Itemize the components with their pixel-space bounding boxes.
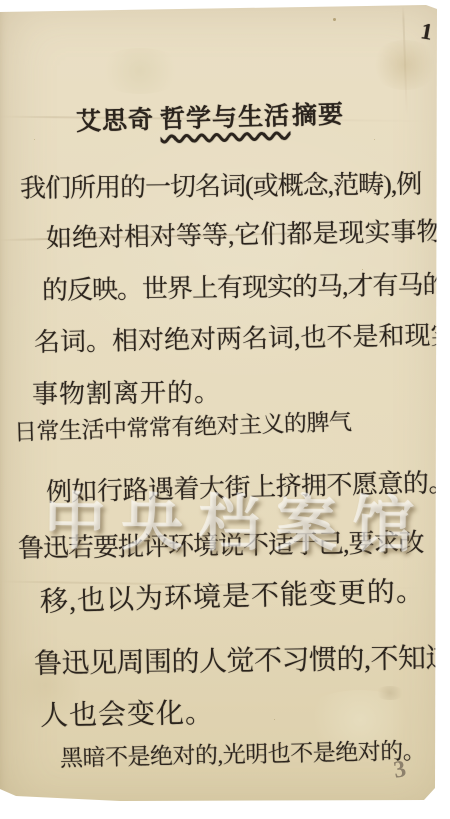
title-suffix: 摘要 [292,102,345,130]
archive-watermark: 中央档案馆 [44,472,450,565]
handwritten-line-1: 我们所用的一切名词(或概念,范畴),例 [20,164,422,205]
paper-stain [370,40,440,90]
paper-stain [95,48,185,94]
handwritten-line-2: 如绝对相对等等,它们都是现实事物 [46,211,443,255]
paper-speck [333,18,336,21]
handwritten-line-3: 的反映。世界上有现实的马,才有马的 [42,264,448,307]
title-book-name-underlined: 哲学与生活 [160,103,291,134]
handwritten-line-11: 人也会变化。 [40,691,215,734]
paper-stain [375,686,405,700]
handwritten-line-4: 名词。相对绝对两名词,也不是和现实 [34,315,450,359]
manuscript-paper: 1 艾思奇哲学与生活摘要 我们所用的一切名词(或概念,范畴),例 如绝对相对等等… [0,0,450,819]
page-number: 1 [419,18,435,46]
handwritten-line-12: 黑暗不是绝对的,光明也不是绝对的。 [60,732,426,773]
handwritten-line-9: 移,也以为环境是不能变更的。 [39,569,425,620]
document-title: 艾思奇哲学与生活摘要 [75,95,344,138]
title-author: 艾思奇 [76,107,155,136]
handwritten-line-5: 事物割离开的。 [32,372,221,411]
handwritten-line-10: 鲁迅见周围的人觉不习惯的,不知道 [34,636,450,682]
scanned-manuscript-page: { "page": { "page_number": "1", "title":… [0,0,450,819]
